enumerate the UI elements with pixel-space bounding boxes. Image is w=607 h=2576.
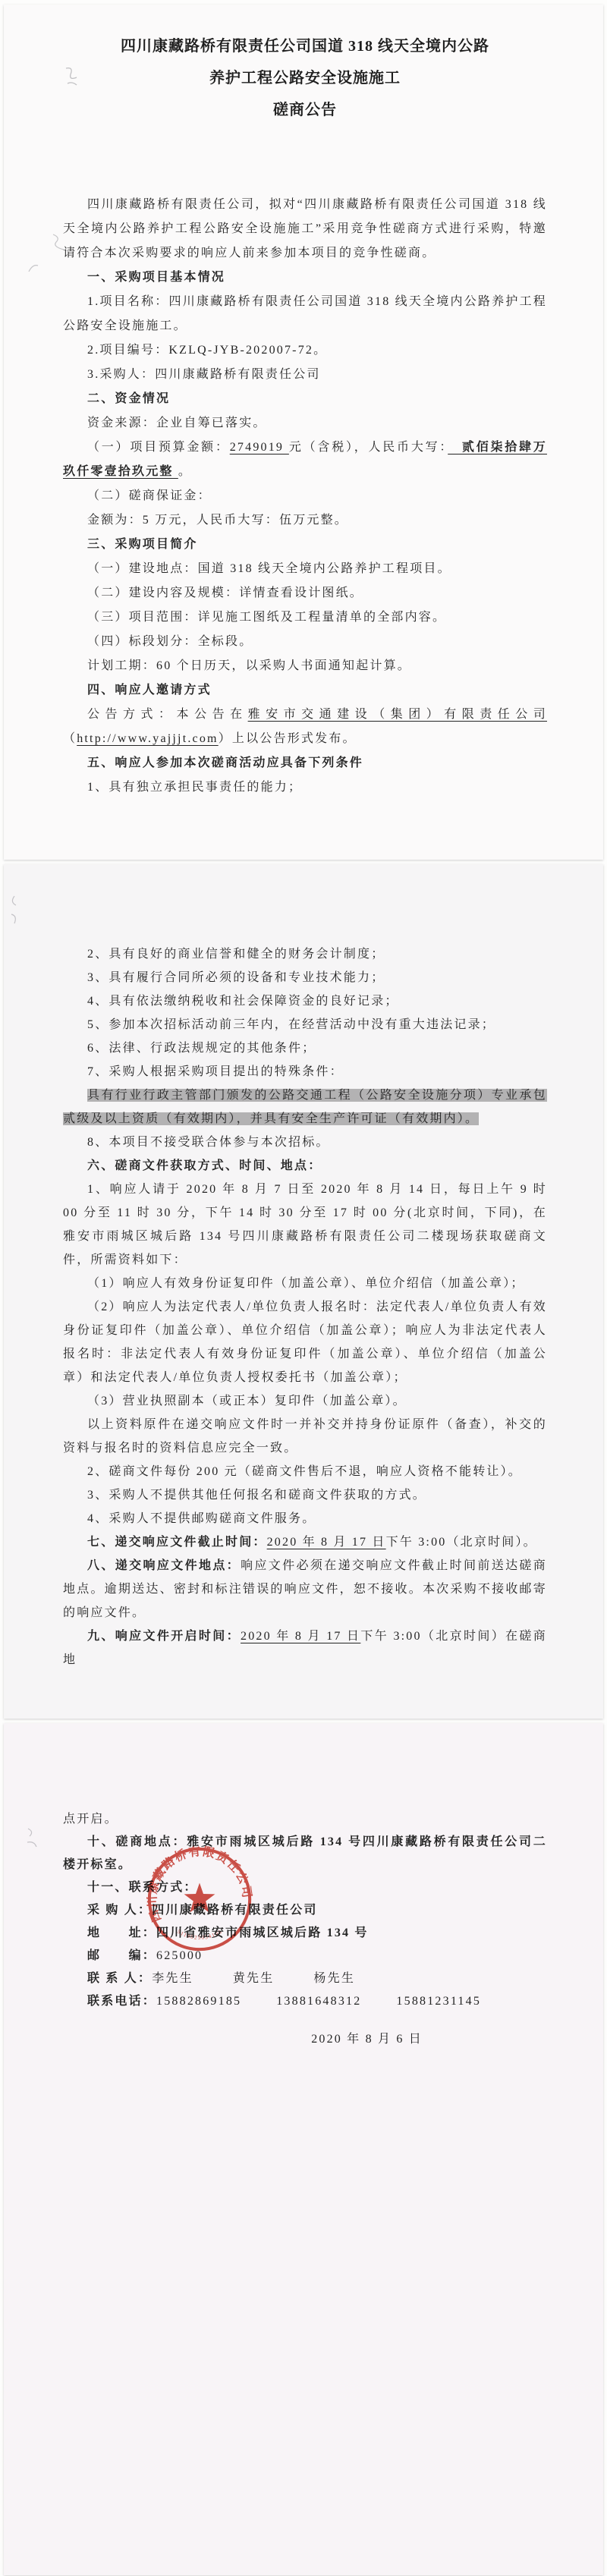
budget-mid: 元（含税），人民币大写： xyxy=(289,441,448,454)
condition-7: 7、采购人根据采购项目提出的特殊条件： xyxy=(63,1060,547,1084)
doc-acquisition: 1、响应人请于 2020 年 8 月 7 日至 2020 年 8 月 14 日，… xyxy=(63,1178,547,1272)
document-title: 四川康藏路桥有限责任公司国道 318 线天全境内公路 养护工程公路安全设施施工 … xyxy=(63,30,547,126)
announce-url: http://www.yajjjt.com xyxy=(77,732,218,745)
section-2-heading: 二、资金情况 xyxy=(63,387,547,411)
bid-sections: （四）标段划分：全标段。 xyxy=(63,630,547,654)
submission-place-line: 八、递交响应文件地点：响应文件必须在递交响应文件截止时间前送达磋商地点。逾期送达… xyxy=(63,1554,547,1625)
required-material-2: （2）响应人为法定代表人/单位负责人报名时：法定代表人/单位负责人有效身份证复印… xyxy=(63,1295,547,1389)
condition-5: 5、参加本次招标活动前三年内，在经营活动中没有重大违法记录； xyxy=(63,1013,547,1036)
required-material-1: （1）响应人有效身份证复印件（加盖公章）、单位介绍信（加盖公章）； xyxy=(63,1272,547,1295)
budget-amount: 2749019 xyxy=(230,441,289,454)
condition-2: 2、具有良好的商业信誉和健全的财务会计制度； xyxy=(63,942,547,966)
persons-label: 联 系 人： xyxy=(87,1972,152,1985)
funds-source: 资金来源：企业自筹已落实。 xyxy=(63,411,547,436)
page-3: 点开启。 十、磋商地点：雅安市雨城区城后路 134 号四川康藏路桥有限责任公司二… xyxy=(4,1723,603,2575)
project-number: 2.项目编号：KZLQ-JYB-202007-72。 xyxy=(63,338,547,363)
budget-prefix: （一）项目预算金额： xyxy=(87,441,230,454)
no-mail-order: 4、采购人不提供邮购磋商文件服务。 xyxy=(63,1507,547,1530)
announce-paren-open: （ xyxy=(63,732,77,745)
announce-org: 雅安市交通建设（集团）有限责任公司 xyxy=(248,708,547,721)
page-1: 四川康藏路桥有限责任公司国道 318 线天全境内公路 养护工程公路安全设施施工 … xyxy=(4,5,603,860)
contact-person: 杨先生 xyxy=(313,1972,355,1985)
budget-line: （一）项目预算金额：2749019 元（含税），人民币大写： 贰佰柒拾肆万玖仟零… xyxy=(63,436,547,484)
contact-phone: 13881648312 xyxy=(276,1995,361,2008)
contact-person: 李先生 xyxy=(152,1972,193,1985)
section-1-heading: 一、采购项目基本情况 xyxy=(63,266,547,290)
seal-number-text: 5118025034105 xyxy=(176,1928,223,1940)
deadline-date: 2020 年 8 月 17 日 xyxy=(267,1536,386,1549)
condition-7-special: 具有行业行政主管部门颁发的公路交通工程（公路安全设施分项）专业承包贰级及以上资质… xyxy=(63,1084,547,1131)
deposit-body: 金额为：5 万元，人民币大写：伍万元整。 xyxy=(63,508,547,533)
announcement-line: 公告方式：本公告在雅安市交通建设（集团）有限责任公司（http://www.ya… xyxy=(63,703,547,751)
pencil-mark xyxy=(8,895,20,925)
material-note: 以上资料原件在递交响应文件时一并补交并持身份证原件（备查），补交的资料与报名时的… xyxy=(63,1413,547,1460)
condition-1: 1、具有独立承担民事责任的能力； xyxy=(63,775,547,800)
contact-person: 黄先生 xyxy=(233,1972,275,1985)
section-5-heading: 五、响应人参加本次磋商活动应具备下列条件 xyxy=(63,751,547,775)
section-9-heading: 九、响应文件开启时间： xyxy=(87,1630,241,1643)
scanned-document: 四川康藏路桥有限责任公司国道 318 线天全境内公路 养护工程公路安全设施施工 … xyxy=(0,0,607,2576)
title-line-2: 养护工程公路安全设施施工 xyxy=(63,62,547,94)
section-6-heading: 六、磋商文件获取方式、时间、地点： xyxy=(63,1154,547,1178)
announce-prefix: 公告方式：本公告在 xyxy=(87,708,248,721)
contact-phone: 15881231145 xyxy=(396,1995,481,2008)
pencil-mark xyxy=(25,1826,40,1851)
project-scope: （三）项目范围：详见施工图纸及工程量清单的全部内容。 xyxy=(63,605,547,630)
intro-paragraph: 四川康藏路桥有限责任公司，拟对“四川康藏路桥有限责任公司国道 318 线天全境内… xyxy=(63,193,547,266)
planned-duration: 计划工期：60 个日历天，以采购人书面通知起计算。 xyxy=(63,654,547,678)
section-7-heading: 七、递交响应文件截止时间： xyxy=(87,1536,267,1549)
section-11-heading: 十一、联系方式： xyxy=(63,1876,547,1899)
no-other-method: 3、采购人不提供其他任何报名和磋商文件获取的方式。 xyxy=(63,1483,547,1507)
contact-persons-row: 联 系 人：李先生黄先生杨先生 xyxy=(87,1967,547,1990)
deadline-line: 七、递交响应文件截止时间：2020 年 8 月 17 日下午 3:00（北京时间… xyxy=(63,1530,547,1554)
title-line-1: 四川康藏路桥有限责任公司国道 318 线天全境内公路 xyxy=(63,30,547,62)
pencil-mark xyxy=(27,261,40,276)
announce-paren-close: ） xyxy=(219,732,232,745)
opening-date: 2020 年 8 月 17 日 xyxy=(241,1630,360,1643)
required-material-3: （3）营业执照副本（或正本）复印件（加盖公章）。 xyxy=(63,1389,547,1413)
build-content: （二）建设内容及规模：详情查看设计图纸。 xyxy=(63,581,547,605)
page-2: 2、具有良好的商业信誉和健全的财务会计制度； 3、具有履行合同所必须的设备和专业… xyxy=(4,864,603,1719)
condition-8: 8、本项目不接受联合体参与本次招标。 xyxy=(63,1131,547,1154)
budget-suffix: 。 xyxy=(178,465,192,478)
project-name: 1.项目名称：四川康藏路桥有限责任公司国道 318 线天全境内公路养护工程公路安… xyxy=(63,290,547,338)
doc-price: 2、磋商文件每份 200 元（磋商文件售后不退，响应人资格不能转让）。 xyxy=(63,1460,547,1483)
pencil-mark xyxy=(63,65,83,88)
condition-3: 3、具有履行合同所必须的设备和专业技术能力； xyxy=(63,966,547,989)
continuation-text: 点开启。 xyxy=(63,1808,547,1831)
phones-label: 联系电话： xyxy=(87,1995,156,2008)
condition-6: 6、法律、行政法规规定的其他条件； xyxy=(63,1036,547,1060)
purchaser: 3.采购人：四川康藏路桥有限责任公司 xyxy=(63,363,547,387)
title-line-3: 磋商公告 xyxy=(63,94,547,126)
contact-phones-row: 联系电话：158828691851388164831215881231145 xyxy=(87,1990,547,2013)
company-seal: 四川康藏路桥有限责任公司 5118025034105 xyxy=(142,1842,257,1957)
condition-4: 4、具有依法缴纳税收和社会保障资金的良好记录； xyxy=(63,989,547,1013)
section-4-heading: 四、响应人邀请方式 xyxy=(63,678,547,703)
opening-time-line: 九、响应文件开启时间：2020 年 8 月 17 日下午 3:00（北京时间）在… xyxy=(63,1625,547,1672)
pencil-mark xyxy=(51,232,66,252)
announcement-date: 2020 年 8 月 6 日 xyxy=(63,2028,547,2051)
section-8-heading: 八、递交响应文件地点： xyxy=(87,1559,241,1572)
negotiation-place-line: 十、磋商地点：雅安市雨城区城后路 134 号四川康藏路桥有限责任公司二楼开标室。 xyxy=(63,1831,547,1876)
seal-star-icon xyxy=(184,1883,215,1913)
build-location: （一）建设地点：国道 318 线天全境内公路养护工程项目。 xyxy=(63,557,547,581)
deposit-heading: （二）磋商保证金： xyxy=(63,484,547,508)
contact-phone: 15882869185 xyxy=(156,1995,241,2008)
announce-suffix: 上以公告形式发布。 xyxy=(232,732,357,745)
deadline-tail: 下午 3:00（北京时间）。 xyxy=(386,1536,537,1549)
section-3-heading: 三、采购项目简介 xyxy=(63,533,547,557)
highlighted-qualification-text: 具有行业行政主管部门颁发的公路交通工程（公路安全设施分项）专业承包贰级及以上资质… xyxy=(63,1089,547,1125)
